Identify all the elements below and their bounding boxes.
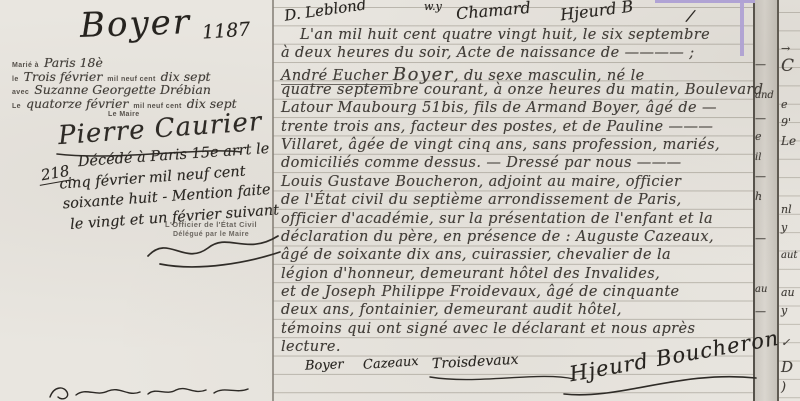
act-line: trente trois ans, facteur des postes, et…: [281, 119, 713, 135]
act-line: témoins qui ont signé avec le déclarant …: [281, 321, 695, 337]
partial-handwriting-cutoff: [42, 383, 272, 401]
top-signature: /: [686, 6, 695, 26]
edge-fragment: →: [781, 42, 790, 55]
edge-fragment: —: [755, 112, 766, 125]
act-line: officier d'académie, sur la présentation…: [281, 211, 713, 227]
act-number: 1187: [201, 18, 251, 43]
gutter-fragments: —and—eil—h—au—: [753, 0, 779, 401]
top-signature: Hjeurd B: [559, 0, 634, 24]
edge-fragment: au: [781, 286, 795, 299]
marriage-row: leTrois févriermil neuf centdix sept: [12, 69, 272, 83]
edge-fragment: e: [755, 130, 762, 143]
witness-signature-flourish: [428, 371, 578, 385]
marriage-handwritten-value: quatorze février: [26, 96, 128, 111]
edge-fragment: —: [755, 232, 766, 245]
register-page-scan: Boyer 1187 Marié àParis 18èleTrois févri…: [0, 0, 800, 401]
edge-fragment: e: [781, 98, 788, 111]
stamp-signature-flourish: [140, 224, 285, 272]
edge-fragment: C: [781, 56, 794, 76]
edge-fragment: h: [755, 190, 762, 203]
officer-signature-flourish: [560, 372, 760, 400]
act-line: déclaration du père, en présence de : Au…: [281, 229, 714, 245]
edge-fragment: D: [781, 358, 793, 376]
edge-fragment: and: [755, 90, 774, 101]
edge-fragment: 9': [781, 116, 791, 129]
act-line: Louis Gustave Boucheron, adjoint au mair…: [281, 174, 681, 190]
edge-fragment: —: [755, 170, 766, 183]
witness-signature: Cazeaux: [363, 354, 420, 373]
act-line: quatre septembre courant, à onze heures …: [281, 82, 763, 98]
top-signature: w.y: [424, 0, 442, 13]
margin-surname: Boyer: [79, 2, 191, 46]
top-signature: Chamard: [455, 0, 531, 23]
act-line: domiciliés comme dessus. — Dressé par no…: [281, 155, 682, 171]
act-line: de l'État civil du septième arrondisseme…: [281, 192, 682, 208]
witness-signature: Boyer: [305, 357, 344, 373]
act-line: deux ans, fontainier, demeurant audit hô…: [281, 302, 622, 318]
act-line: Latour Maubourg 51bis, fils de Armand Bo…: [281, 100, 717, 116]
marriage-printed-label: le: [12, 76, 19, 83]
edge-fragment: au: [755, 284, 767, 295]
edge-fragment: nl: [781, 203, 792, 216]
edge-fragment: y: [781, 221, 787, 234]
act-line: âgé de soixante dix ans, cuirassier, che…: [281, 247, 671, 263]
edge-fragment: aut: [781, 250, 797, 261]
marriage-row: Lequatorze févriermil neuf centdix sept: [12, 96, 272, 110]
act-line: L'an mil huit cent quatre vingt huit, le…: [300, 27, 710, 43]
edge-fragment: il: [755, 152, 761, 163]
witness-signature: Troisdevaux: [432, 352, 519, 373]
marriage-row: avecSuzanne Georgette Drébian: [12, 82, 272, 96]
next-page-column: →Ce9'Lenlyautauy✓D): [779, 0, 800, 401]
edge-fragment: —: [755, 58, 766, 71]
purple-annotation-edge: [740, 0, 744, 56]
edge-fragment: y: [781, 304, 787, 317]
act-line: à deux heures du soir, Acte de naissance…: [281, 45, 695, 61]
marriage-rows: Marié àParis 18èleTrois févriermil neuf …: [12, 55, 272, 109]
edge-fragment: ): [781, 380, 786, 395]
edge-fragment: ✓: [781, 336, 790, 349]
marriage-printed-label: Le: [12, 103, 21, 110]
act-line: légion d'honneur, demeurant hôtel des In…: [281, 266, 660, 282]
act-line: lecture.: [281, 339, 341, 355]
edge-fragment: —: [755, 305, 766, 318]
edge-fragment: Le: [781, 134, 796, 148]
top-signature: D. Leblond: [283, 0, 367, 25]
act-line: et de Joseph Philippe Froidevaux, âgé de…: [281, 284, 680, 300]
marriage-printed-year-label: mil neuf cent: [133, 103, 181, 110]
marriage-row: Marié àParis 18è: [12, 55, 272, 69]
act-line: Villaret, âgée de vingt cinq ans, sans p…: [281, 137, 720, 153]
